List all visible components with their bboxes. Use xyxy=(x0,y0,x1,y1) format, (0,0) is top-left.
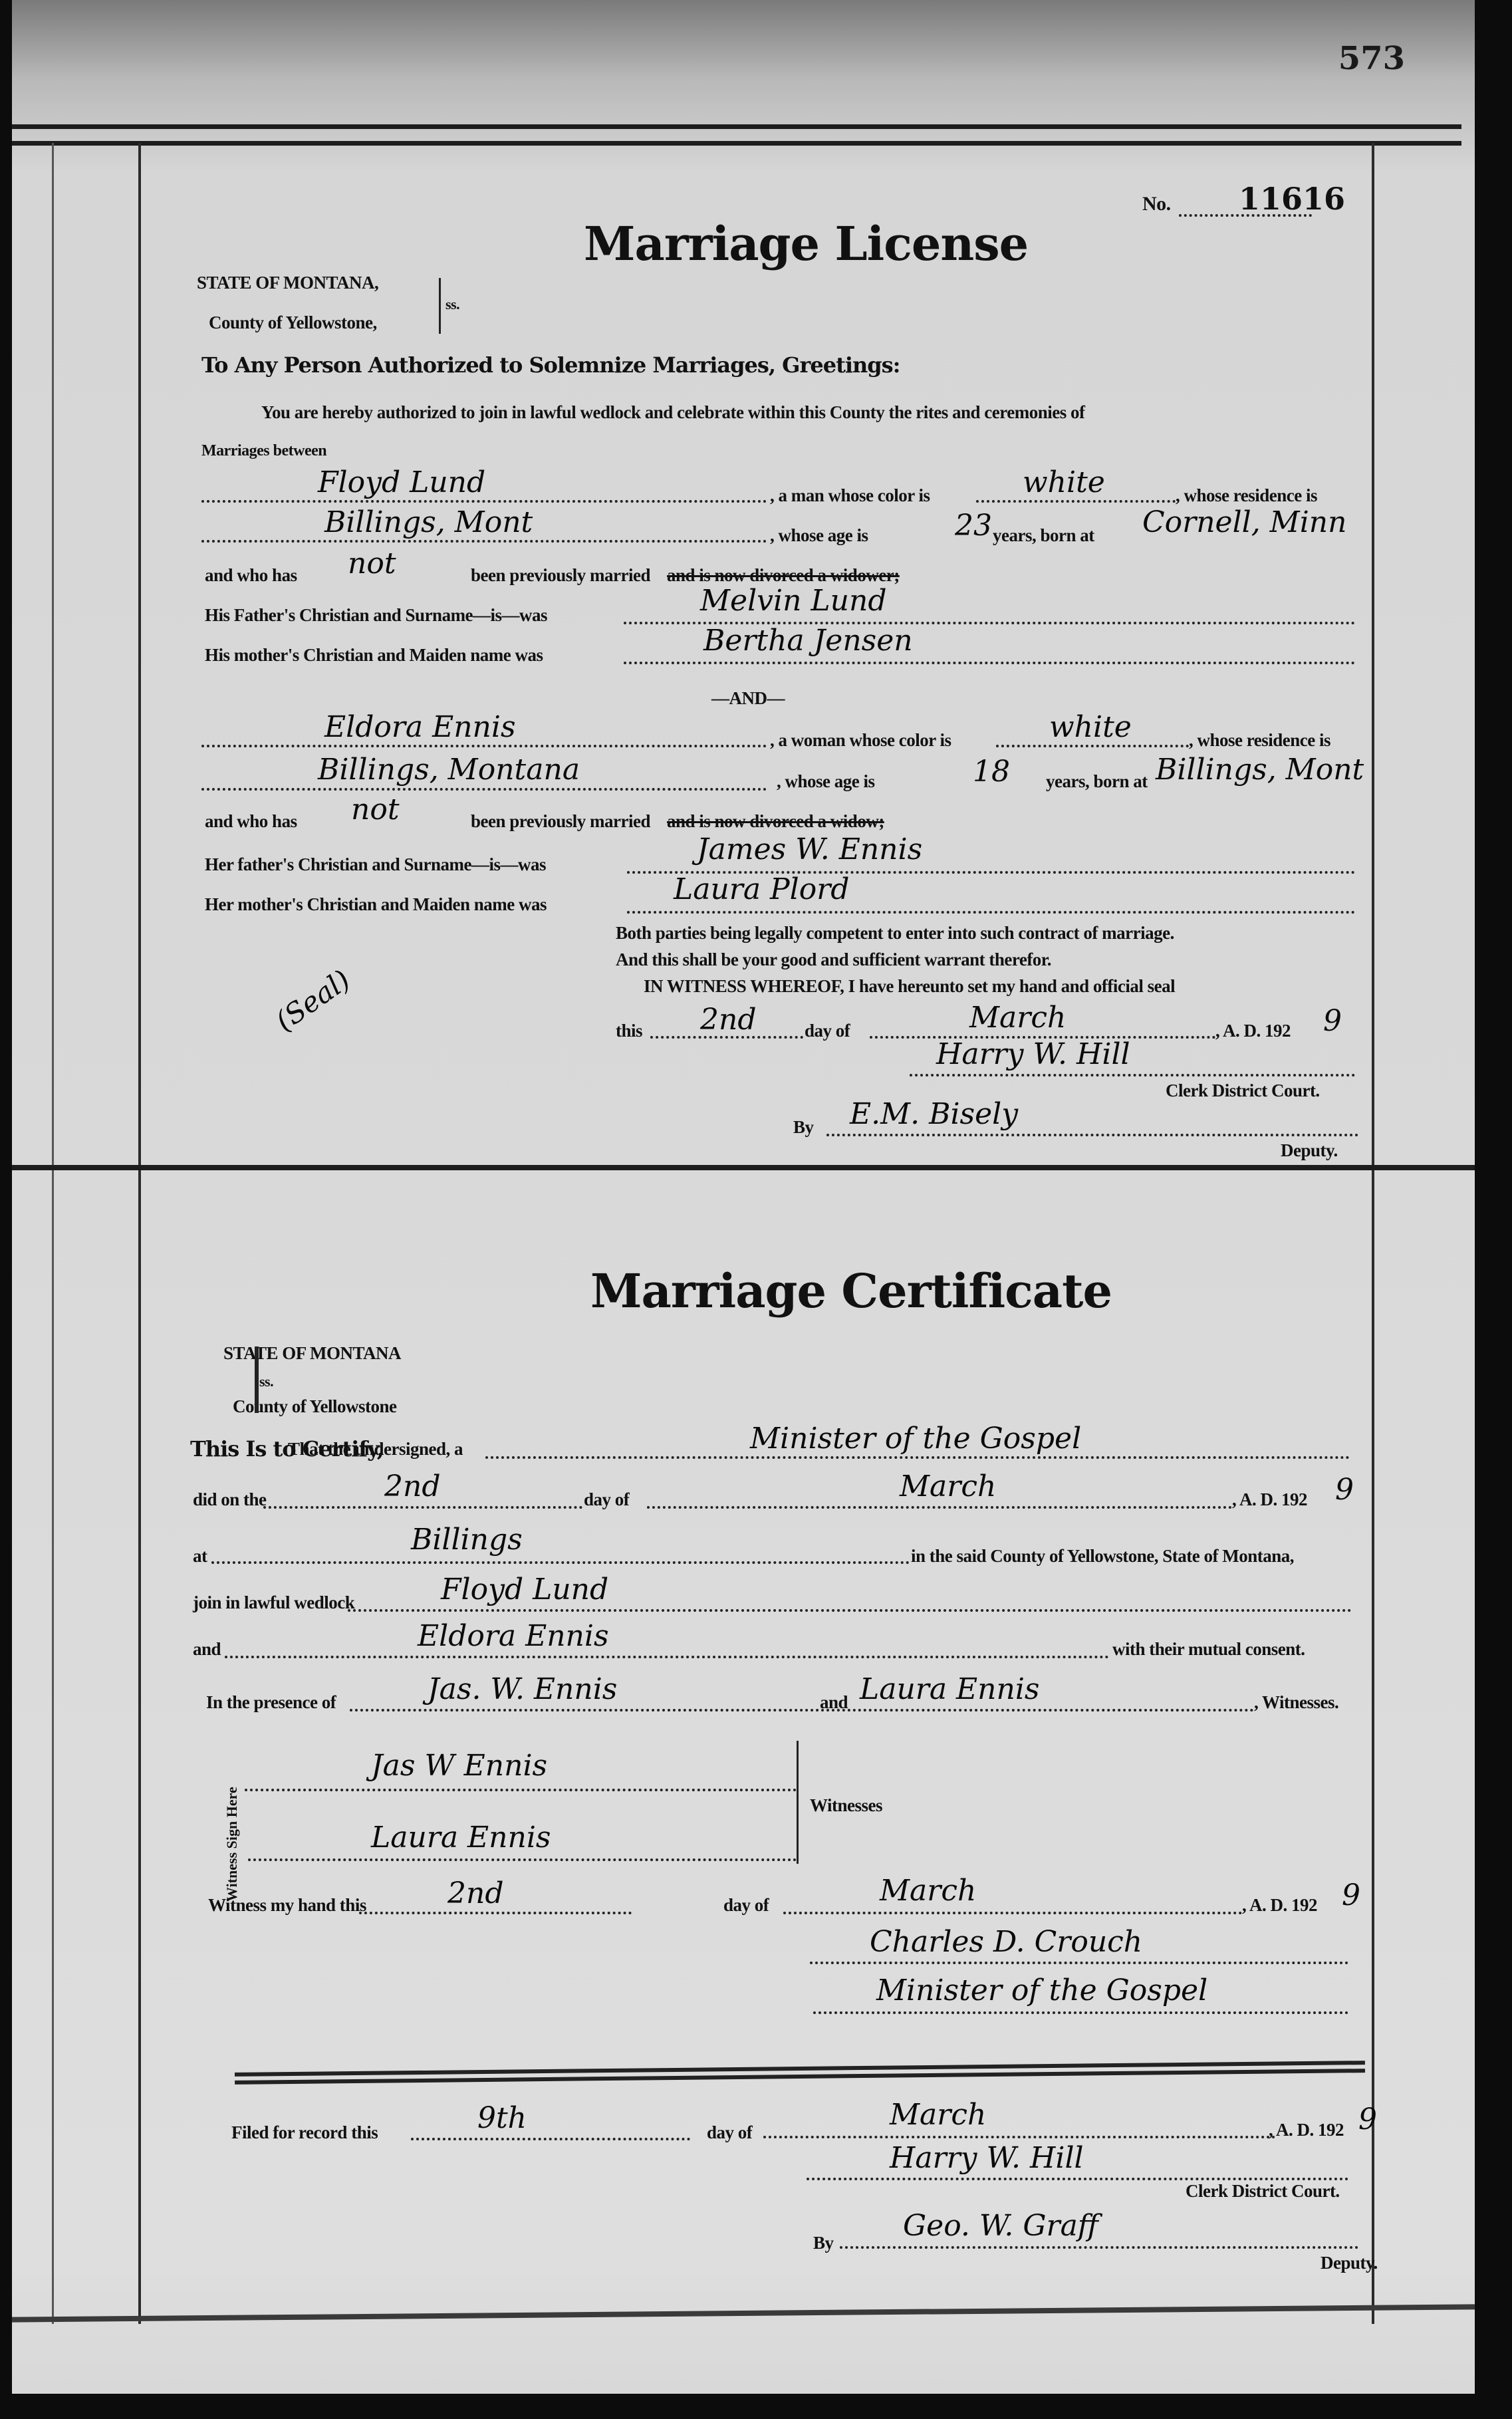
certificate-and-label: and xyxy=(193,1639,221,1660)
witness-signature-line-1 xyxy=(245,1789,797,1791)
witness-signature-line-2 xyxy=(248,1858,797,1861)
filing-clerk-line xyxy=(807,2178,1348,2180)
groom-married-suffix: been previously married xyxy=(471,565,650,586)
filing-divider xyxy=(235,2061,1365,2085)
document-page: 573 No. 11616 Marriage License STATE OF … xyxy=(12,0,1475,2394)
witness-whereof-text: IN WITNESS WHEREOF, I have hereunto set … xyxy=(644,976,1175,997)
bride-color-line xyxy=(996,745,1189,747)
groom-residence: Billings, Mont xyxy=(324,505,533,539)
license-this-label: this xyxy=(616,1021,642,1041)
hand-month-line xyxy=(783,1912,1242,1914)
license-day-of-label: day of xyxy=(805,1021,850,1041)
witnesses-box-label: Witnesses xyxy=(810,1795,882,1816)
bride-residence: Billings, Montana xyxy=(318,753,580,787)
clerk-title: Clerk District Court. xyxy=(1166,1081,1320,1101)
license-ad-label: , A. D. 192 xyxy=(1215,1021,1291,1041)
certificate-ad-label: , A. D. 192 xyxy=(1232,1489,1307,1510)
license-county: County of Yellowstone, xyxy=(209,313,377,333)
license-state: STATE OF MONTANA, xyxy=(197,273,378,293)
filing-by-label: By xyxy=(813,2233,834,2253)
witness-box-bracket xyxy=(797,1741,799,1864)
witness-signature-2: Laura Ennis xyxy=(371,1821,551,1854)
groom-residence-line xyxy=(201,540,767,543)
bride-residence-label: , whose residence is xyxy=(1189,730,1330,751)
groom-age-label: , whose age is xyxy=(770,525,868,546)
section-divider xyxy=(12,1165,1475,1170)
filed-month-line xyxy=(763,2136,1275,2138)
license-by-label: By xyxy=(793,1117,814,1138)
groom-birthplace: Cornell, Minn xyxy=(1142,505,1346,539)
filing-clerk-signature: Harry W. Hill xyxy=(890,2141,1084,2175)
certificate-place: Billings xyxy=(411,1523,523,1557)
margin-line xyxy=(52,143,54,2324)
bride-name-line xyxy=(201,745,767,747)
top-rule-2 xyxy=(12,141,1461,146)
certificate-title: Marriage Certificate xyxy=(590,1263,1112,1319)
bride-line xyxy=(225,1656,1109,1658)
certificate-day-of-label: day of xyxy=(584,1489,629,1510)
filing-deputy-line xyxy=(840,2246,1358,2249)
groom-line xyxy=(348,1609,1352,1612)
bride-residence-line xyxy=(201,788,767,791)
witness-sign-here-label: Witness Sign Here xyxy=(223,1787,241,1902)
and-separator: —AND— xyxy=(711,688,785,709)
hand-day: 2nd xyxy=(447,1876,504,1910)
bride-married-suffix: been previously married xyxy=(471,811,650,832)
hand-ad-label: , A. D. 192 xyxy=(1242,1895,1317,1916)
competent-text: Both parties being legally competent to … xyxy=(616,923,1174,944)
did-on-label: did on the xyxy=(193,1489,267,1510)
greeting: To Any Person Authorized to Solemnize Ma… xyxy=(201,352,900,378)
license-number: 11616 xyxy=(1239,181,1345,217)
license-number-label: No. xyxy=(1142,193,1171,215)
warrant-text: And this shall be your good and sufficie… xyxy=(616,950,1051,970)
certificate-day: 2nd xyxy=(384,1469,441,1503)
deputy-signature-line xyxy=(826,1134,1358,1136)
groom-married-prefix: and who has xyxy=(205,565,297,586)
brace xyxy=(439,278,441,334)
filed-month: March xyxy=(890,2098,986,2132)
intro-line-2: Marriages between xyxy=(201,442,326,460)
bride-color: white xyxy=(1049,710,1132,744)
page-number: 573 xyxy=(1338,40,1405,77)
certificate-brace xyxy=(257,1346,259,1413)
bride-name: Eldora Ennis xyxy=(324,710,516,744)
groom-born-label: years, born at xyxy=(993,525,1094,546)
place-line xyxy=(211,1561,910,1564)
groom-name-line xyxy=(201,500,767,503)
certificate-month: March xyxy=(900,1469,996,1503)
filed-ad-label: , A. D. 192 xyxy=(1269,2120,1344,2140)
presence-label: In the presence of xyxy=(206,1692,336,1713)
license-year-digit: 9 xyxy=(1323,1004,1342,1038)
hand-month: March xyxy=(880,1874,976,1908)
intro-line-1: You are hereby authorized to join in law… xyxy=(261,402,1084,423)
undersigned-label: That the undersigned, a xyxy=(288,1439,463,1460)
join-label: join in lawful wedlock xyxy=(193,1592,354,1613)
officiant-signature-title: Minister of the Gospel xyxy=(876,1973,1207,2007)
groom-father-label: His Father's Christian and Surname—is—wa… xyxy=(205,605,547,626)
bride-mother-label: Her mother's Christian and Maiden name w… xyxy=(205,894,547,915)
frame-right-line xyxy=(1372,143,1374,2324)
officiant-title: Minister of the Gospel xyxy=(750,1422,1081,1456)
bride-birthplace: Billings, Mont xyxy=(1156,753,1364,787)
place-suffix: in the said County of Yellowstone, State… xyxy=(911,1546,1294,1567)
groom-mother-label: His mother's Christian and Maiden name w… xyxy=(205,645,543,666)
certificate-month-line xyxy=(647,1506,1232,1509)
license-month: March xyxy=(969,1001,1066,1035)
certificate-bride: Eldora Ennis xyxy=(418,1619,609,1653)
filed-label: Filed for record this xyxy=(231,2122,378,2143)
filed-day-line xyxy=(411,2138,690,2140)
groom-married-value: not xyxy=(348,547,396,580)
presence-witness-2: Laura Ennis xyxy=(860,1672,1040,1706)
bride-age: 18 xyxy=(973,755,1010,789)
hand-day-line xyxy=(359,1912,632,1914)
bride-married-value: not xyxy=(351,793,400,827)
officiant-title-signature-line xyxy=(813,2011,1348,2014)
certificate-day-line xyxy=(263,1506,582,1509)
certificate-state: STATE OF MONTANA xyxy=(223,1343,401,1364)
groom-name: Floyd Lund xyxy=(318,465,485,499)
bride-color-label: , a woman whose color is xyxy=(770,730,951,751)
clerk-signature: Harry W. Hill xyxy=(936,1037,1130,1071)
hand-year-digit: 9 xyxy=(1342,1878,1360,1912)
bottom-rule xyxy=(12,2304,1475,2322)
filed-day: 9th xyxy=(477,2101,527,2135)
groom-color: white xyxy=(1023,465,1105,499)
witness-signature-1: Jas W Ennis xyxy=(371,1749,547,1783)
witnesses-suffix: , Witnesses. xyxy=(1254,1692,1338,1713)
filed-day-of-label: day of xyxy=(707,2122,752,2143)
bride-age-label: , whose age is xyxy=(777,771,875,792)
filing-deputy-title: Deputy. xyxy=(1321,2253,1378,2273)
filing-deputy-signature: Geo. W. Graff xyxy=(903,2209,1098,2243)
groom-mother: Bertha Jensen xyxy=(703,624,913,658)
officiant-title-line xyxy=(485,1456,1350,1459)
officiant-signature: Charles D. Crouch xyxy=(870,1925,1142,1959)
bride-born-label: years, born at xyxy=(1046,771,1148,792)
certificate-groom: Floyd Lund xyxy=(441,1573,608,1606)
presence-witness-1: Jas. W. Ennis xyxy=(428,1672,617,1706)
groom-color-line xyxy=(976,500,1176,503)
clerk-signature-line xyxy=(910,1074,1355,1077)
bride-married-struck: and is now divorced a widow; xyxy=(667,811,884,832)
bride-father: James W. Ennis xyxy=(697,832,922,866)
presence-line xyxy=(350,1709,1254,1712)
seal-annotation: (Seal) xyxy=(269,963,356,1038)
deputy-title: Deputy. xyxy=(1281,1140,1338,1161)
certificate-year-digit: 9 xyxy=(1335,1473,1354,1507)
groom-residence-label: , whose residence is xyxy=(1176,485,1317,506)
consent-label: with their mutual consent. xyxy=(1112,1639,1305,1660)
top-rule-1 xyxy=(12,124,1461,129)
hand-label: Witness my hand this xyxy=(208,1895,366,1916)
deputy-signature: E.M. Bisely xyxy=(850,1097,1018,1131)
license-title: Marriage License xyxy=(584,216,1028,271)
groom-age: 23 xyxy=(955,509,992,543)
officiant-signature-line xyxy=(810,1962,1348,1964)
groom-color-label: , a man whose color is xyxy=(770,485,930,506)
certificate-ss: ss. xyxy=(259,1373,273,1390)
license-ss: ss. xyxy=(445,296,459,313)
presence-and-label: and xyxy=(820,1692,848,1713)
bride-married-prefix: and who has xyxy=(205,811,297,832)
bride-mother-line xyxy=(627,911,1355,914)
groom-father: Melvin Lund xyxy=(700,584,886,618)
bride-mother: Laura Plord xyxy=(674,872,849,906)
frame-left-line xyxy=(138,143,141,2324)
at-label: at xyxy=(193,1546,207,1567)
license-day: 2nd xyxy=(700,1003,757,1037)
bride-father-label: Her father's Christian and Surname—is—wa… xyxy=(205,854,546,875)
hand-day-of-label: day of xyxy=(723,1895,769,1916)
groom-mother-line xyxy=(624,662,1355,664)
filing-clerk-title: Clerk District Court. xyxy=(1186,2181,1340,2202)
groom-married-struck: and is now divorced a widower; xyxy=(667,565,900,586)
filed-year-digit: 9 xyxy=(1358,2102,1377,2136)
